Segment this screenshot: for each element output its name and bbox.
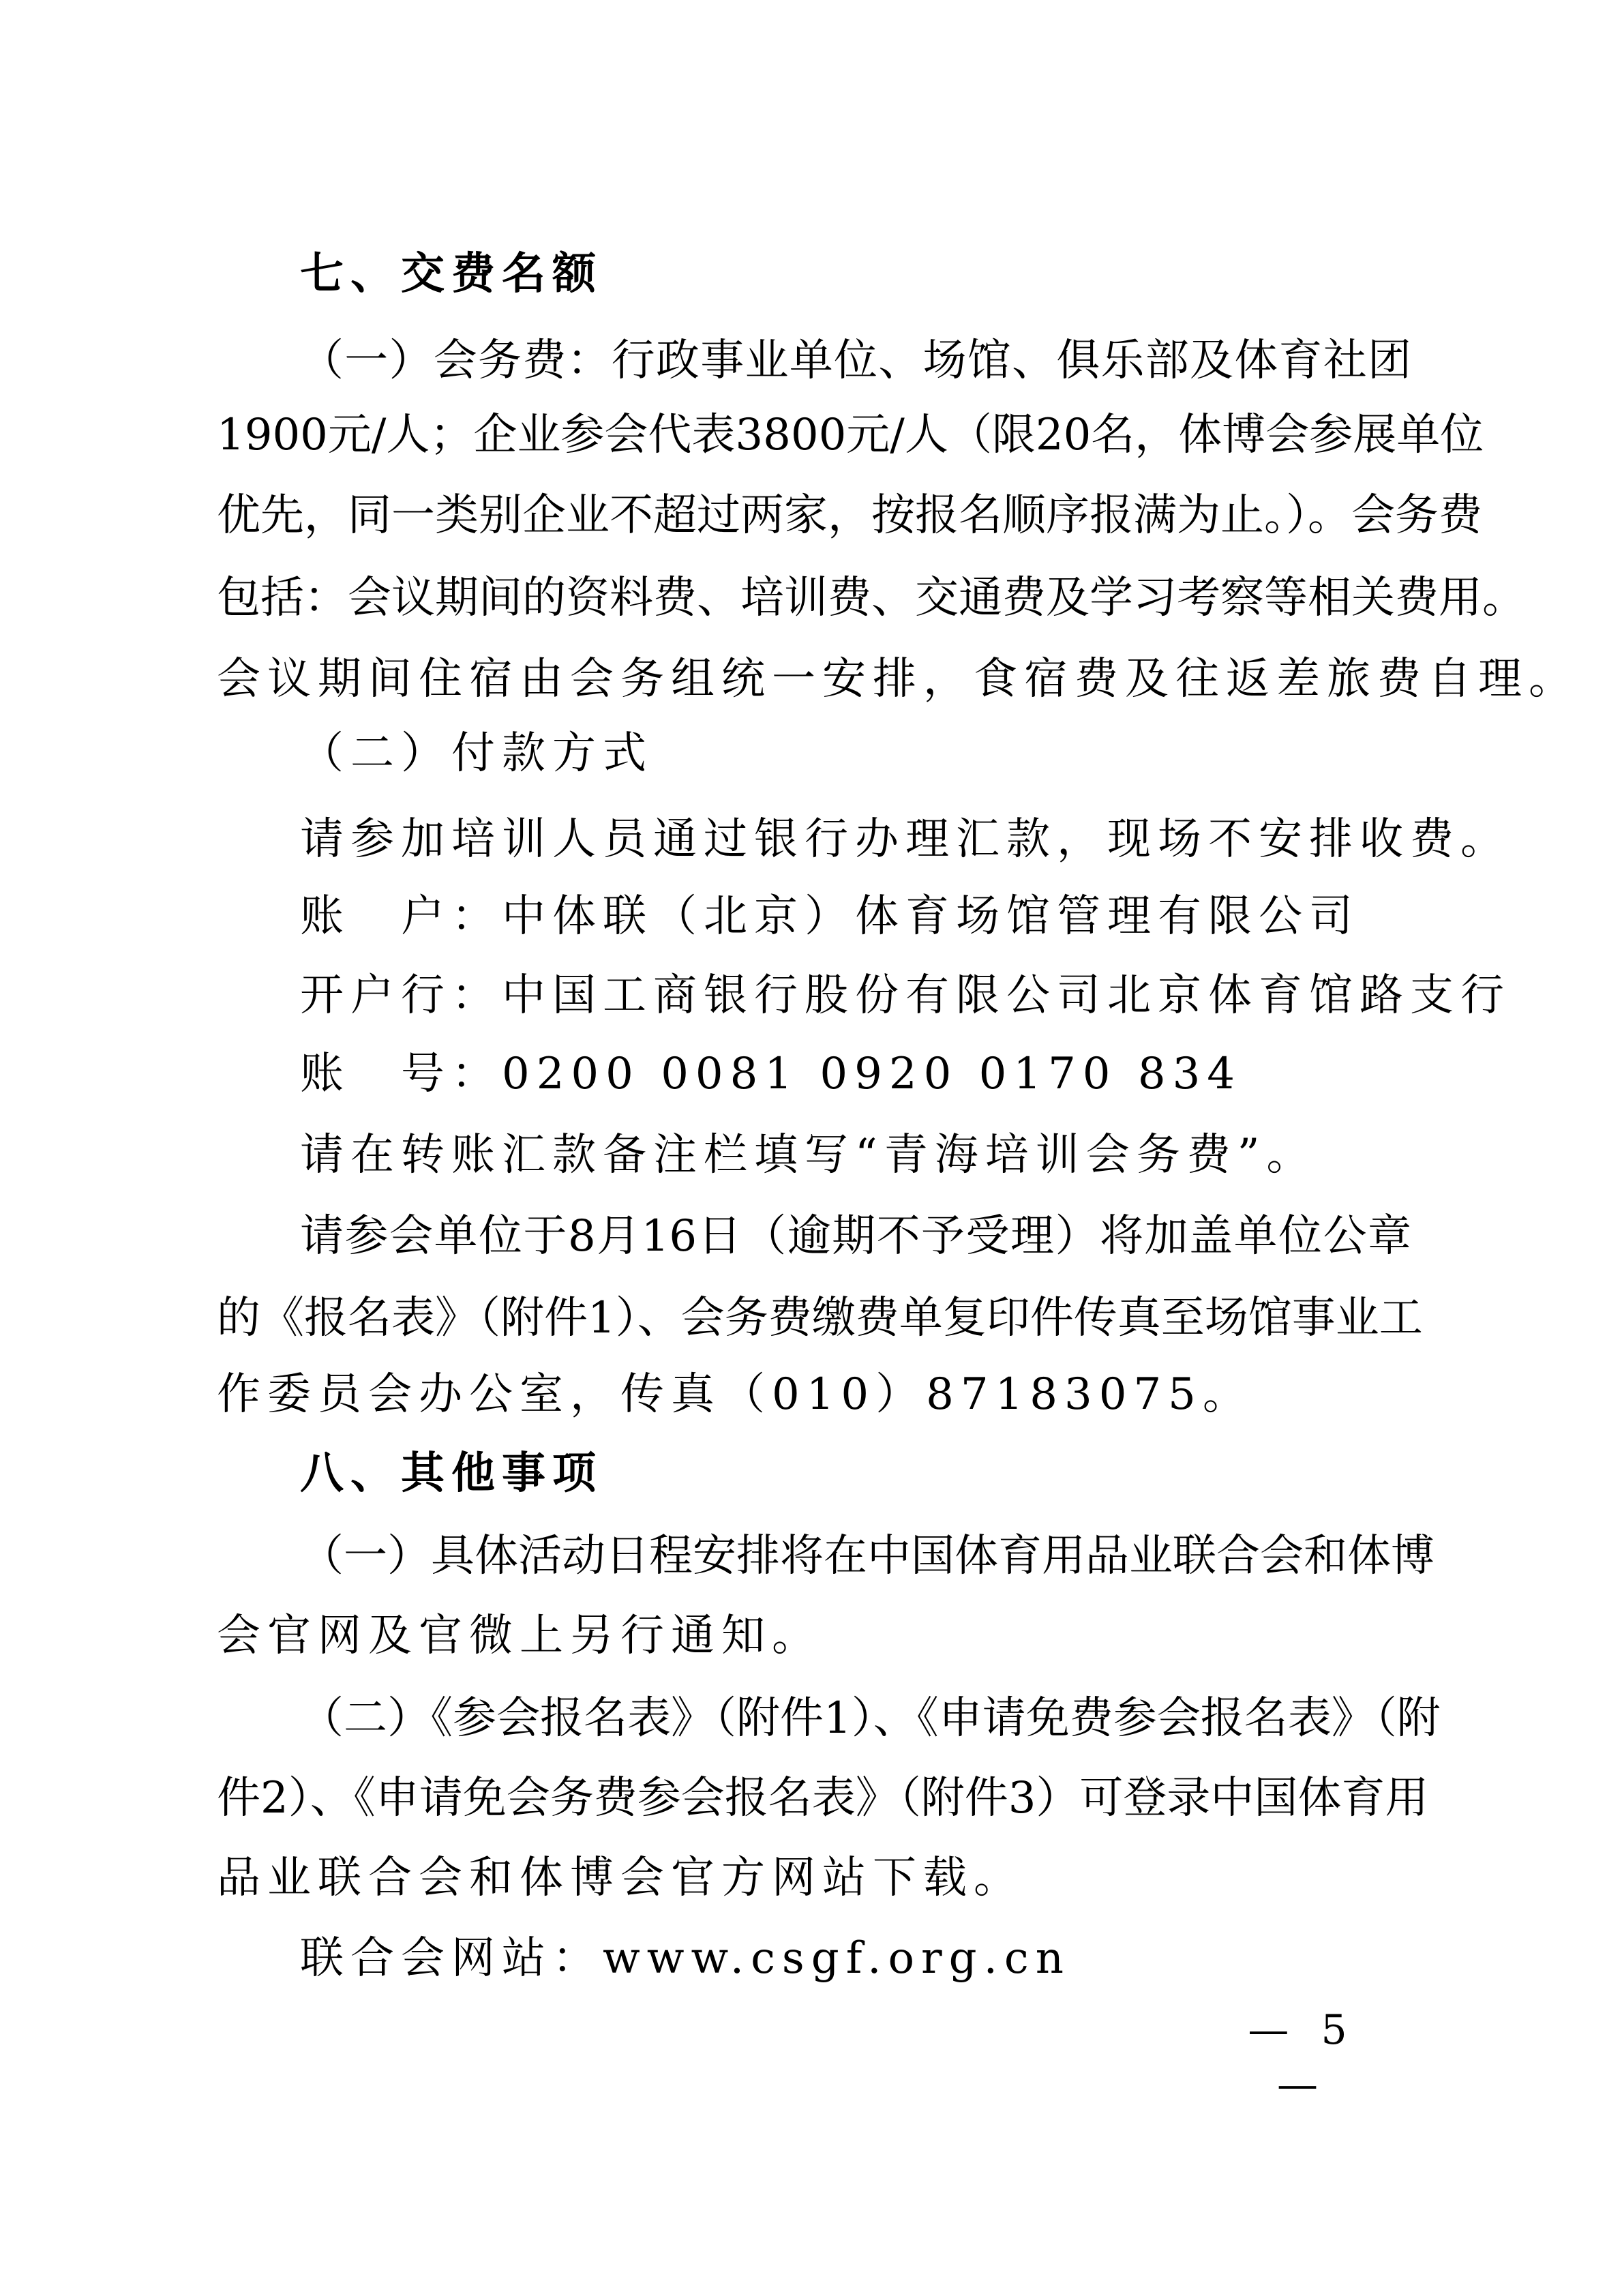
fee-paragraph-line: （一）会务费：行政事业单位、场馆、俱乐部及体育社团	[300, 333, 1411, 388]
bank-name: 开户行：中国工商银行股份有限公司北京体育馆路支行	[300, 968, 1411, 1023]
forms-paragraph-line: 品业联合会和体博会官方网站下载。	[217, 1851, 1411, 1905]
section-8-heading: 八、其他事项	[300, 1446, 1411, 1501]
schedule-paragraph-line: 会官网及官微上另行通知。	[217, 1609, 1411, 1663]
payment-method-title: （二）付款方式	[300, 726, 1411, 781]
transfer-remark: 请在转账汇款备注栏填写“青海培训会务费”。	[300, 1128, 1411, 1182]
website-link[interactable]: 联合会网站：www.csgf.org.cn	[300, 1931, 1411, 1986]
fee-paragraph-line: 1900元/人；企业参会代表3800元/人（限20名，体博会参展单位	[217, 408, 1411, 462]
account-number: 账 号：0200 0081 0920 0170 834	[300, 1047, 1411, 1101]
schedule-paragraph-line: （一）具体活动日程安排将在中国体育用品业联合会和体博	[300, 1529, 1411, 1583]
deadline-paragraph-line: 请参会单位于8月16日（逾期不予受理）将加盖单位公章	[300, 1209, 1411, 1264]
account-name: 账 户：中体联（北京）体育场馆管理有限公司	[300, 889, 1411, 944]
deadline-paragraph-line: 的《报名表》（附件1）、会务费缴费单复印件传真至场馆事业工	[217, 1291, 1411, 1345]
fee-paragraph-line: 会议期间住宿由会务组统一安排，食宿费及往返差旅费自理。	[217, 652, 1411, 706]
forms-paragraph-line: 件2）、《申请免会务费参会报名表》（附件3）可登录中国体育用	[217, 1771, 1411, 1825]
payment-instruction: 请参加培训人员通过银行办理汇款，现场不安排收费。	[300, 812, 1411, 867]
section-7-heading: 七、交费名额	[300, 247, 1411, 301]
fee-paragraph-line: 包括：会议期间的资料费、培训费、交通费及学习考察等相关费用。	[217, 571, 1411, 625]
forms-paragraph-line: （二）《参会报名表》（附件1）、《申请免费参会报名表》（附	[300, 1691, 1411, 1746]
deadline-paragraph-line: 作委员会办公室，传真（010）87183075。	[217, 1367, 1411, 1422]
page-number: — 5 —	[1220, 2003, 1384, 2057]
fee-paragraph-line: 优先，同一类别企业不超过两家，按报名顺序报满为止。）。会务费	[217, 488, 1411, 543]
